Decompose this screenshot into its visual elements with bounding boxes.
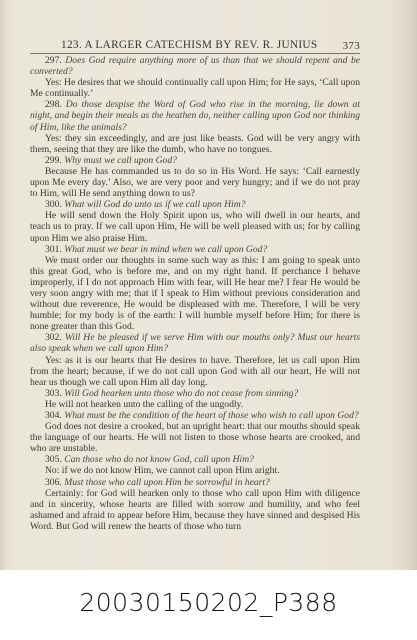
answer-305: No: if we do not know Him, we cannot cal…: [30, 465, 360, 476]
question-301: 301. What must we bear in mind when we c…: [30, 244, 360, 255]
question-302: 302. Will He be pleased if we serve Him …: [30, 332, 360, 354]
answer-303: He will not hearken unto the calling of …: [30, 399, 360, 410]
answer-301: We must order our thoughts in some such …: [30, 255, 360, 333]
question-306: 306. Must those who call upon Him be sor…: [30, 477, 360, 488]
answer-304: God does not desire a crooked, but an up…: [30, 421, 360, 454]
body-text: 297. Does God require anything more of u…: [30, 55, 360, 532]
question-300: 300. What will God do unto us if we call…: [30, 199, 360, 210]
answer-299: Because He has commanded us to do so in …: [30, 166, 360, 199]
answer-306: Certainly: for God will hearken only to …: [30, 488, 360, 532]
answer-297: Yes: He desires that we should continual…: [30, 77, 360, 99]
answer-300: He will send down the Holy Spirit upon u…: [30, 210, 360, 243]
question-305: 305. Can those who do not know God, call…: [30, 454, 360, 465]
answer-302: Yes: as it is our hearts that He desires…: [30, 355, 360, 388]
question-298: 298. Do those despise the Word of God wh…: [30, 99, 360, 132]
image-id-caption: 20030150202_P388: [0, 588, 417, 617]
question-304: 304. What must be the condition of the h…: [30, 410, 360, 421]
scanned-book-page: 123. A LARGER CATECHISM BY REV. R. JUNIU…: [0, 0, 417, 570]
question-303: 303. Will God hearken unto those who do …: [30, 388, 360, 399]
question-297: 297. Does God require anything more of u…: [30, 55, 360, 77]
running-header: 123. A LARGER CATECHISM BY REV. R. JUNIU…: [30, 37, 360, 54]
answer-298: Yes: they sin exceedingly, and are just …: [30, 133, 360, 155]
page-number: 373: [343, 40, 360, 52]
header-title: 123. A LARGER CATECHISM BY REV. R. JUNIU…: [61, 39, 317, 51]
question-299: 299. Why must we call upon God?: [30, 155, 360, 166]
